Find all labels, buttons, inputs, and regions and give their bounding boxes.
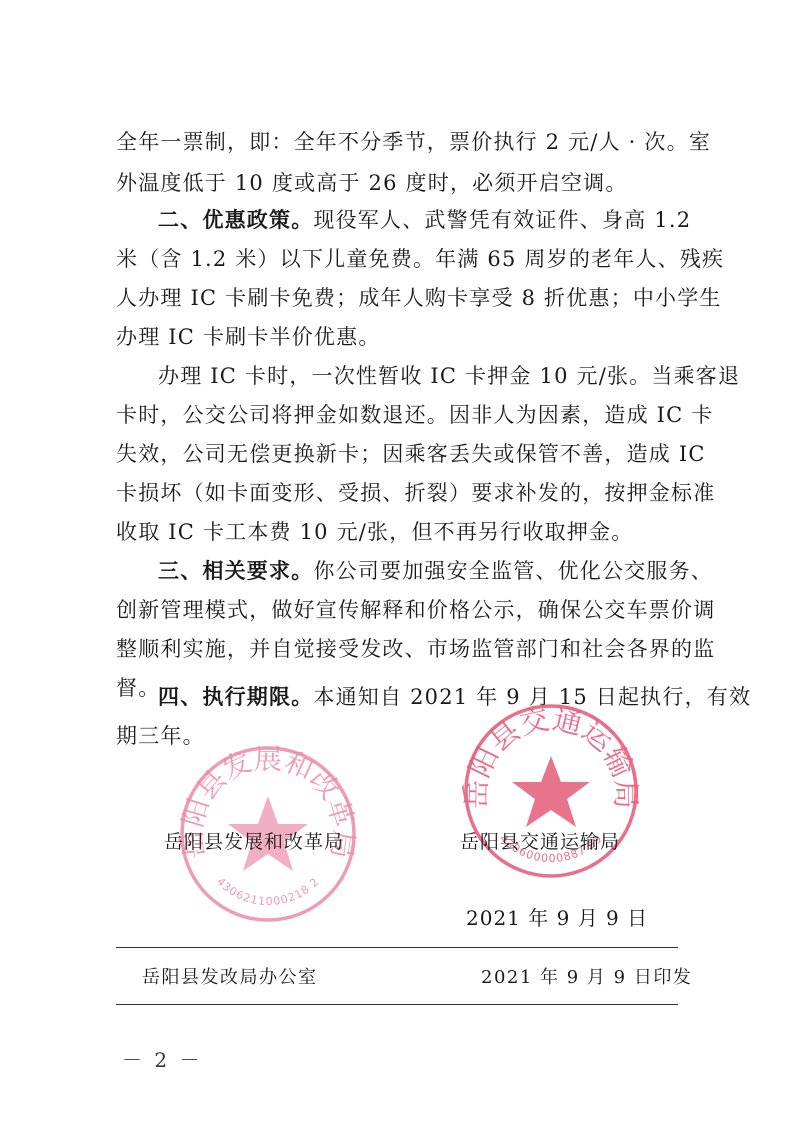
section-2-line: 米（含 1.2 米）以下儿童免费。年满 65 周岁的老年人、残疾 — [116, 245, 724, 273]
footer-top-rule — [116, 947, 678, 948]
page-number: － 2 － — [122, 1044, 202, 1073]
section-3-line: 督。 — [116, 674, 160, 702]
deposit-line: 卡时，公交公司将押金如数退还。因非人为因素，造成 IC 卡 — [116, 401, 714, 429]
body-line-1: 全年一票制，即：全年不分季节，票价执行 2 元/人 · 次。室 — [116, 128, 711, 156]
deposit-line: 失效，公司无偿更换新卡；因乘客丢失或保管不善，造成 IC — [116, 440, 706, 468]
section-3-heading: 三、相关要求。 — [158, 559, 313, 583]
footer-bottom-rule — [116, 1004, 678, 1005]
section-3-first-line: 三、相关要求。你公司要加强安全监管、优化公交服务、 — [158, 557, 713, 585]
deposit-first-line: 办理 IC 卡时，一次性暂收 IC 卡押金 10 元/张。当乘客退 — [158, 362, 740, 390]
section-4-heading: 四、执行期限。 — [158, 685, 313, 709]
footer-issuer: 岳阳县发改局办公室 — [142, 963, 318, 989]
deposit-line: 收取 IC 卡工本费 10 元/张，但不再另行收取押金。 — [116, 518, 633, 546]
section-2-first-text: 现役军人、武警凭有效证件、身高 1.2 — [313, 208, 691, 232]
deposit-line: 卡损坏（如卡面变形、受损、折裂）要求补发的，按押金标准 — [116, 479, 715, 507]
section-3-line: 创新管理模式，做好宣传解释和价格公示，确保公交车票价调 — [116, 596, 715, 624]
footer-issue-date: 2021 年 9 月 9 日印发 — [481, 963, 692, 989]
svg-text:4306211000218 2: 4306211000218 2 — [214, 875, 322, 908]
section-3-line: 整顺利实施，并自觉接受发改、市场监管部门和社会各界的监 — [116, 635, 715, 663]
signature-date: 2021 年 9 月 9 日 — [466, 902, 648, 931]
body-line-2: 外温度低于 10 度或高于 26 度时，必须开启空调。 — [116, 169, 628, 197]
signature-right-org: 岳阳县交通运输局 — [460, 827, 620, 854]
section-2-line: 人办理 IC 卡刷卡免费；成年人购卡享受 8 折优惠；中小学生 — [116, 284, 722, 312]
section-4-first-line: 四、执行期限。本通知自 2021 年 9 月 15 日起执行，有效 — [158, 683, 751, 711]
section-2-first-line: 二、优惠政策。现役军人、武警凭有效证件、身高 1.2 — [158, 206, 691, 234]
signature-left-org: 岳阳县发展和改革局 — [164, 827, 344, 854]
section-3-first-text: 你公司要加强安全监管、优化公交服务、 — [313, 559, 713, 583]
section-2-line: 办理 IC 卡刷卡半价优惠。 — [116, 323, 381, 351]
section-2-heading: 二、优惠政策。 — [158, 208, 313, 232]
